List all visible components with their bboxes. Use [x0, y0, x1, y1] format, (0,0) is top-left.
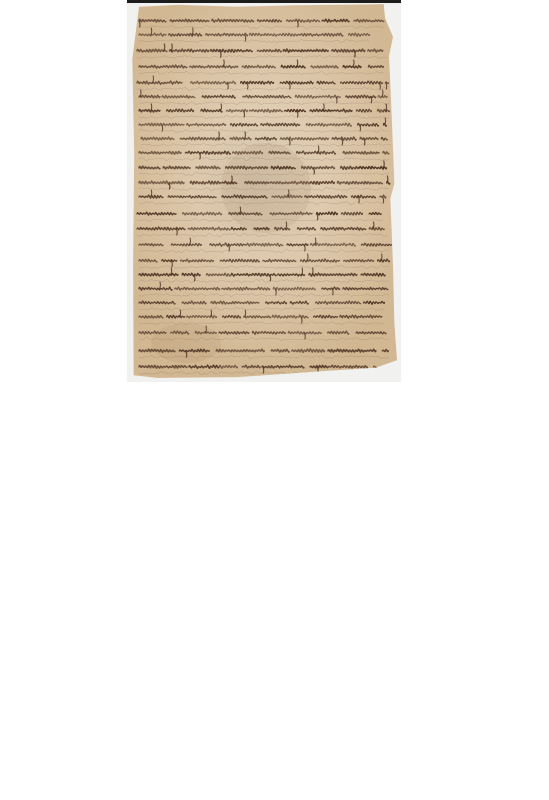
document-viewer	[0, 0, 549, 800]
manuscript-scan	[127, 0, 401, 382]
scan-top-edge	[127, 0, 401, 3]
handwriting-lines	[131, 3, 397, 379]
manuscript-page	[131, 3, 397, 379]
